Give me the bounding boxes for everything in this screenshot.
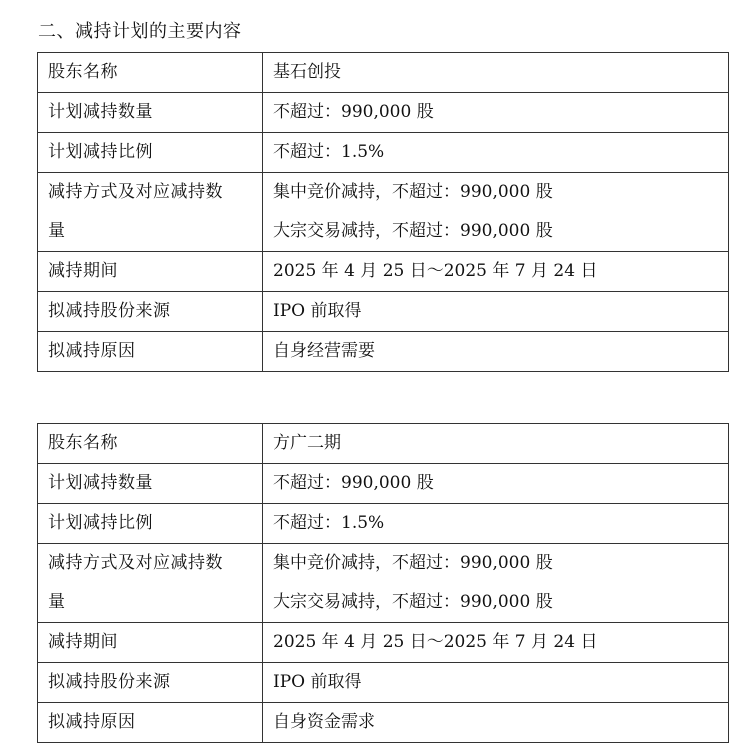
row-label: 股东名称 bbox=[38, 53, 263, 93]
row-value: IPO 前取得 bbox=[263, 663, 729, 703]
reduction-plan-table-1: 股东名称 基石创投 计划减持数量 不超过：990,000 股 计划减持比例 不超… bbox=[37, 52, 729, 372]
table-row: 拟减持原因 自身经营需要 bbox=[38, 332, 729, 372]
row-value: IPO 前取得 bbox=[263, 292, 729, 332]
row-label: 减持期间 bbox=[38, 623, 263, 663]
row-label: 计划减持数量 bbox=[38, 93, 263, 133]
row-label: 计划减持比例 bbox=[38, 133, 263, 173]
row-label: 减持方式及对应减持数 量 bbox=[38, 544, 263, 623]
table-row: 计划减持比例 不超过：1.5% bbox=[38, 504, 729, 544]
row-value: 2025 年 4 月 25 日～2025 年 7 月 24 日 bbox=[263, 623, 729, 663]
row-label: 拟减持股份来源 bbox=[38, 663, 263, 703]
row-value: 不超过：990,000 股 bbox=[263, 93, 729, 133]
table-row: 减持方式及对应减持数 量 集中竞价减持，不超过：990,000 股 大宗交易减持… bbox=[38, 544, 729, 623]
table-row: 拟减持原因 自身资金需求 bbox=[38, 703, 729, 743]
row-value: 自身资金需求 bbox=[263, 703, 729, 743]
row-label: 计划减持比例 bbox=[38, 504, 263, 544]
table-row: 股东名称 基石创投 bbox=[38, 53, 729, 93]
label-line: 减持方式及对应减持数 bbox=[48, 173, 262, 212]
table-row: 拟减持股份来源 IPO 前取得 bbox=[38, 292, 729, 332]
value-line: 大宗交易减持，不超过：990,000 股 bbox=[273, 212, 728, 251]
row-value: 2025 年 4 月 25 日～2025 年 7 月 24 日 bbox=[263, 252, 729, 292]
row-label: 股东名称 bbox=[38, 424, 263, 464]
table-row: 减持期间 2025 年 4 月 25 日～2025 年 7 月 24 日 bbox=[38, 252, 729, 292]
value-line: 大宗交易减持，不超过：990,000 股 bbox=[273, 583, 728, 622]
row-value: 不超过：1.5% bbox=[263, 133, 729, 173]
label-line: 量 bbox=[48, 212, 262, 251]
table-row: 拟减持股份来源 IPO 前取得 bbox=[38, 663, 729, 703]
row-label: 计划减持数量 bbox=[38, 464, 263, 504]
table-row: 减持方式及对应减持数 量 集中竞价减持，不超过：990,000 股 大宗交易减持… bbox=[38, 173, 729, 252]
row-label: 拟减持原因 bbox=[38, 703, 263, 743]
label-line: 减持方式及对应减持数 bbox=[48, 544, 262, 583]
value-line: 集中竞价减持，不超过：990,000 股 bbox=[273, 544, 728, 583]
table-row: 计划减持比例 不超过：1.5% bbox=[38, 133, 729, 173]
table-row: 计划减持数量 不超过：990,000 股 bbox=[38, 93, 729, 133]
section-heading: 二、减持计划的主要内容 bbox=[38, 19, 242, 45]
row-label: 拟减持原因 bbox=[38, 332, 263, 372]
row-value: 基石创投 bbox=[263, 53, 729, 93]
table-row: 减持期间 2025 年 4 月 25 日～2025 年 7 月 24 日 bbox=[38, 623, 729, 663]
row-value: 方广二期 bbox=[263, 424, 729, 464]
value-line: 集中竞价减持，不超过：990,000 股 bbox=[273, 173, 728, 212]
row-value: 不超过：990,000 股 bbox=[263, 464, 729, 504]
row-value: 自身经营需要 bbox=[263, 332, 729, 372]
row-value: 不超过：1.5% bbox=[263, 504, 729, 544]
reduction-plan-table-2: 股东名称 方广二期 计划减持数量 不超过：990,000 股 计划减持比例 不超… bbox=[37, 423, 729, 743]
row-value: 集中竞价减持，不超过：990,000 股 大宗交易减持，不超过：990,000 … bbox=[263, 173, 729, 252]
row-label: 减持期间 bbox=[38, 252, 263, 292]
table-row: 计划减持数量 不超过：990,000 股 bbox=[38, 464, 729, 504]
table-row: 股东名称 方广二期 bbox=[38, 424, 729, 464]
row-label: 减持方式及对应减持数 量 bbox=[38, 173, 263, 252]
row-label: 拟减持股份来源 bbox=[38, 292, 263, 332]
row-value: 集中竞价减持，不超过：990,000 股 大宗交易减持，不超过：990,000 … bbox=[263, 544, 729, 623]
label-line: 量 bbox=[48, 583, 262, 622]
